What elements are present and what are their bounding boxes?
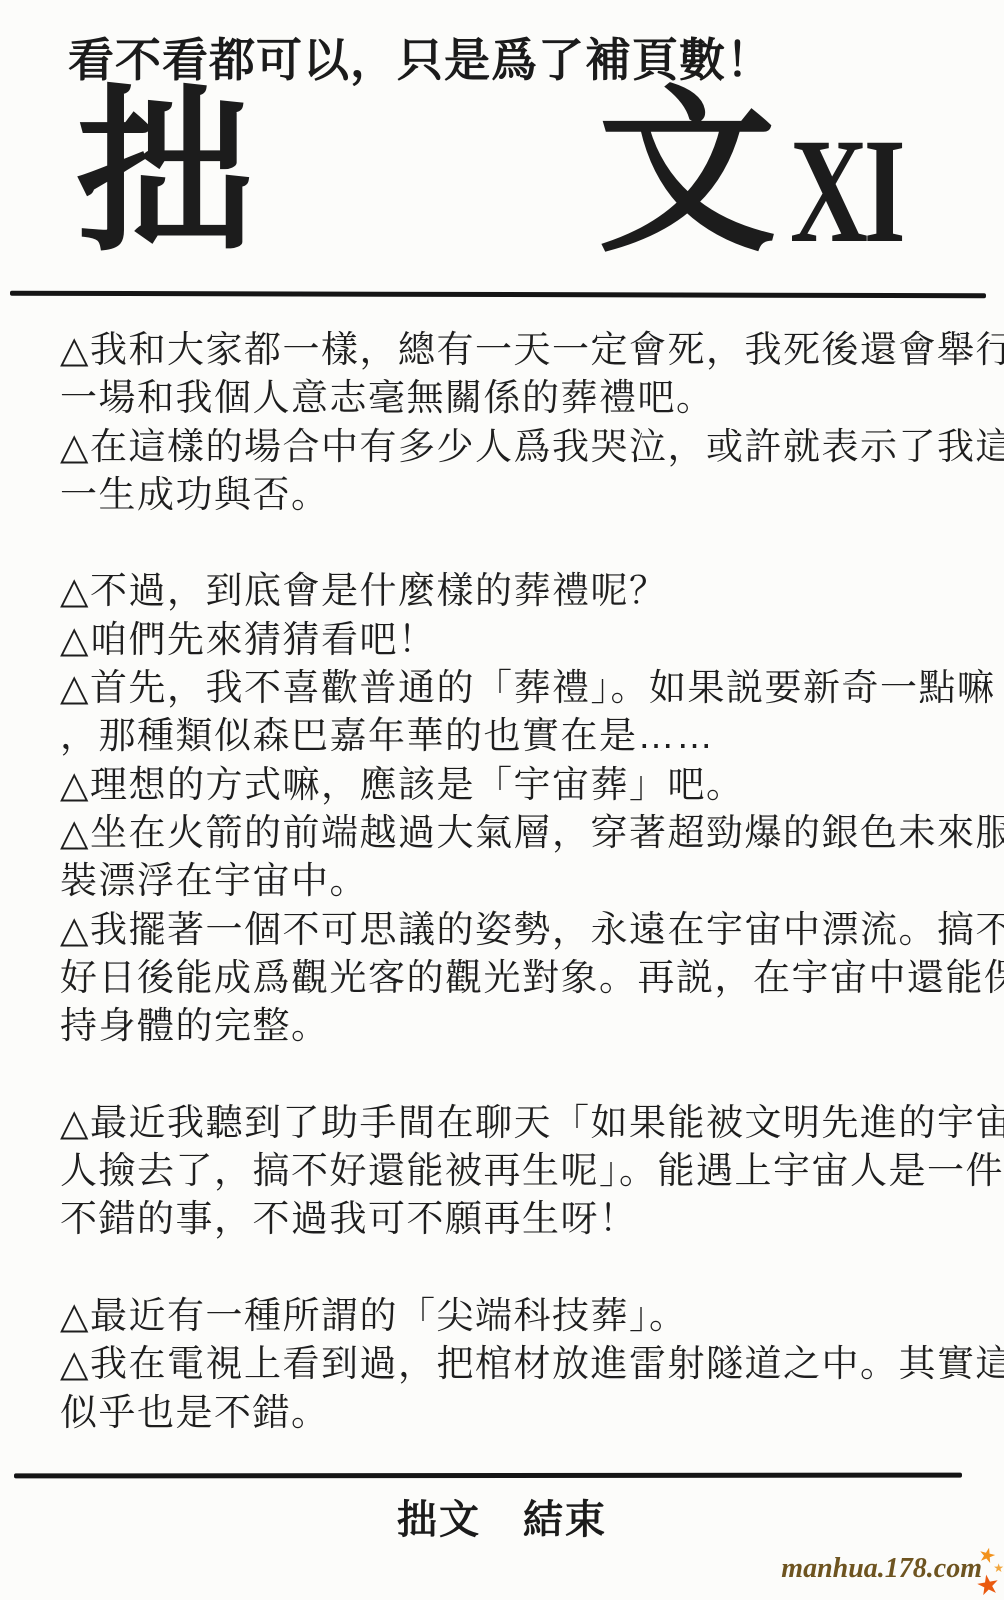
essay-body: △我和大家都一樣，總有一天一定會死，我死後還會舉行一場和我個人意志毫無關係的葬禮… bbox=[60, 326, 960, 1437]
body-line: △理想的方式嘛，應該是「宇宙葬」吧。 bbox=[60, 761, 960, 809]
body-line: △咱們先來猜猜看吧！ bbox=[60, 616, 960, 664]
divider-top bbox=[10, 291, 986, 299]
body-line: △首先，我不喜歡普通的「葬禮」。如果説要新奇一點嘛 bbox=[60, 664, 960, 712]
end-label: 拙文 結束 bbox=[0, 1488, 1004, 1545]
body-line: 似乎也是不錯。 bbox=[60, 1389, 960, 1437]
body-line: △我在電視上看到過，把棺材放進雷射隧道之中。其實這 bbox=[60, 1340, 960, 1388]
body-line: 裝漂浮在宇宙中。 bbox=[60, 857, 960, 905]
title-char-left: 拙 bbox=[76, 84, 254, 262]
body-line: △不過，到底會是什麼樣的葬禮呢？ bbox=[60, 567, 960, 615]
divider-bottom bbox=[14, 1473, 962, 1479]
title-roman-numeral: XI bbox=[790, 116, 901, 266]
body-line: 持身體的完整。 bbox=[60, 1002, 960, 1050]
body-line: 一生成功與否。 bbox=[60, 471, 960, 519]
body-blank-line bbox=[60, 1050, 960, 1098]
title-char-right: 文 bbox=[598, 84, 776, 262]
body-line: 不錯的事，不過我可不願再生呀！ bbox=[60, 1195, 960, 1243]
star-icon: ★ bbox=[993, 1562, 1004, 1574]
body-line: △我和大家都一樣，總有一天一定會死，我死後還會舉行 bbox=[60, 326, 960, 374]
body-line: △最近我聽到了助手間在聊天「如果能被文明先進的宇宙 bbox=[60, 1099, 960, 1147]
body-line: △坐在火箭的前端越過大氣層，穿著超勁爆的銀色未來服 bbox=[60, 809, 960, 857]
body-line: 人撿去了，搞不好還能被再生呢」。能遇上宇宙人是一件 bbox=[60, 1147, 960, 1195]
body-line: 好日後能成爲觀光客的觀光對象。再説，在宇宙中還能保 bbox=[60, 954, 960, 1002]
body-line: ，那種類似森巴嘉年華的也實在是…… bbox=[60, 712, 960, 760]
body-blank-line bbox=[60, 519, 960, 567]
body-line: △在這樣的場合中有多少人爲我哭泣，或許就表示了我這 bbox=[60, 423, 960, 471]
body-blank-line bbox=[60, 1244, 960, 1292]
body-line: △最近有一種所謂的「尖端科技葬」。 bbox=[60, 1292, 960, 1340]
manga-text-page: 看不看都可以，只是爲了補頁數！ 拙 文 XI △我和大家都一樣，總有一天一定會死… bbox=[0, 0, 1004, 1600]
body-line: 一場和我個人意志毫無關係的葬禮吧。 bbox=[60, 374, 960, 422]
body-line: △我擺著一個不可思議的姿勢，永遠在宇宙中漂流。搞不 bbox=[60, 906, 960, 954]
watermark-site-label: manhua.178.com bbox=[781, 1553, 982, 1585]
